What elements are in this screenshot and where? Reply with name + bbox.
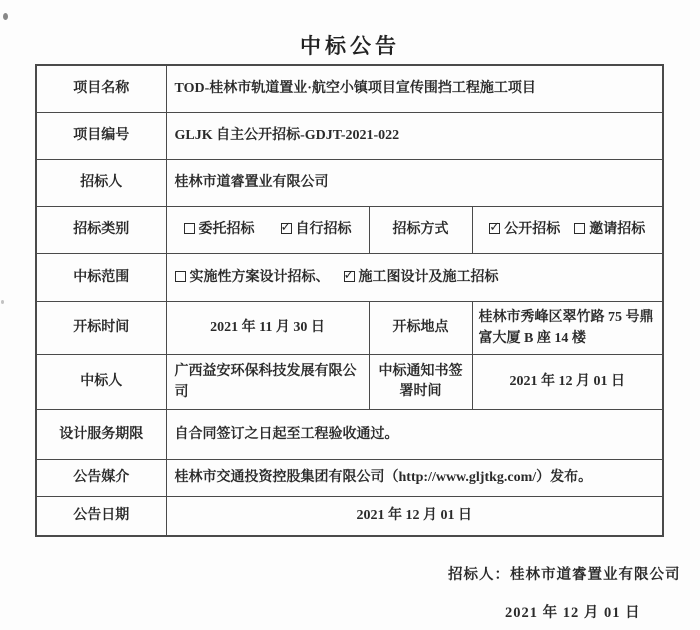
checkbox-checked-icon xyxy=(489,223,500,234)
row-project-name: 项目名称 TOD-桂林市轨道置业·航空小镇项目宣传围挡工程施工项目 xyxy=(36,65,663,112)
award-scope-options: 实施性方案设计招标、施工图设计及施工招标 xyxy=(166,253,663,301)
row-tenderer: 招标人 桂林市道睿置业有限公司 xyxy=(36,159,663,206)
tenderer-label: 招标人 xyxy=(36,159,166,206)
announcement-media-label: 公告媒介 xyxy=(36,459,166,496)
option-self-tender: 自行招标 xyxy=(281,222,352,237)
row-announcement-date: 公告日期 2021 年 12 月 01 日 xyxy=(36,496,663,536)
design-service-period-value: 自合同签订之日起至工程验收通过。 xyxy=(166,409,663,459)
tender-category-label: 招标类别 xyxy=(36,206,166,253)
row-design-service-period: 设计服务期限 自合同签订之日起至工程验收通过。 xyxy=(36,409,663,459)
checkbox-checked-icon xyxy=(344,271,355,282)
tenderer-value: 桂林市道睿置业有限公司 xyxy=(166,159,663,206)
option-invited-tender: 邀请招标 xyxy=(574,222,645,237)
scan-speck xyxy=(3,13,8,20)
award-announcement-table: 项目名称 TOD-桂林市轨道置业·航空小镇项目宣传围挡工程施工项目 项目编号 G… xyxy=(35,64,664,537)
checkbox-unchecked-icon xyxy=(175,271,186,282)
option-entrusted-tender: 委托招标 xyxy=(184,222,255,237)
checkbox-unchecked-icon xyxy=(574,223,585,234)
row-award-scope: 中标范围 实施性方案设计招标、施工图设计及施工招标 xyxy=(36,253,663,301)
tender-method-label: 招标方式 xyxy=(369,206,472,253)
project-name-label: 项目名称 xyxy=(36,65,166,112)
row-project-no: 项目编号 GLJK 自主公开招标-GDJT-2021-022 xyxy=(36,112,663,159)
row-tender-category: 招标类别 委托招标自行招标 招标方式 公开招标邀请招标 xyxy=(36,206,663,253)
bid-opening-place-label: 开标地点 xyxy=(369,301,472,354)
checkbox-unchecked-icon xyxy=(184,223,195,234)
award-notice-sign-time-value: 2021 年 12 月 01 日 xyxy=(472,354,663,409)
option-label: 自行招标 xyxy=(296,222,352,237)
scanned-document-page: 中标公告 项目名称 TOD-桂林市轨道置业·航空小镇项目宣传围挡工程施工项目 项… xyxy=(0,0,700,630)
bid-opening-time-value: 2021 年 11 月 30 日 xyxy=(166,301,369,354)
row-winner: 中标人 广西益安环保科技发展有限公司 中标通知书签署时间 2021 年 12 月… xyxy=(36,354,663,409)
announcement-date-value: 2021 年 12 月 01 日 xyxy=(166,496,663,536)
tender-method-options: 公开招标邀请招标 xyxy=(472,206,663,253)
checkbox-checked-icon xyxy=(281,223,292,234)
option-scheme-design-tender: 实施性方案设计招标、 xyxy=(175,270,330,285)
project-no-value: GLJK 自主公开招标-GDJT-2021-022 xyxy=(166,112,663,159)
option-label: 施工图设计及施工招标 xyxy=(359,270,499,285)
row-bid-opening: 开标时间 2021 年 11 月 30 日 开标地点 桂林市秀峰区翠竹路 75 … xyxy=(36,301,663,354)
bid-opening-time-label: 开标时间 xyxy=(36,301,166,354)
row-announcement-media: 公告媒介 桂林市交通投资控股集团有限公司（http://www.gljtkg.c… xyxy=(36,459,663,496)
announcement-media-value: 桂林市交通投资控股集团有限公司（http://www.gljtkg.com/）发… xyxy=(166,459,663,496)
winner-label: 中标人 xyxy=(36,354,166,409)
award-scope-label: 中标范围 xyxy=(36,253,166,301)
winner-value: 广西益安环保科技发展有限公司 xyxy=(166,354,369,409)
option-label: 公开招标 xyxy=(504,222,560,237)
option-label: 邀请招标 xyxy=(589,222,645,237)
scan-speck xyxy=(1,300,4,304)
option-construction-design-tender: 施工图设计及施工招标 xyxy=(344,270,499,285)
footer-tenderer-signature: 招标人：桂林市道睿置业有限公司 xyxy=(448,563,681,584)
page-title: 中标公告 xyxy=(0,30,700,60)
project-name-value: TOD-桂林市轨道置业·航空小镇项目宣传围挡工程施工项目 xyxy=(166,65,663,112)
bid-opening-place-value: 桂林市秀峰区翠竹路 75 号鼎富大厦 B 座 14 楼 xyxy=(472,301,663,354)
award-notice-sign-time-label: 中标通知书签署时间 xyxy=(369,354,472,409)
tender-category-options: 委托招标自行招标 xyxy=(166,206,369,253)
announcement-date-label: 公告日期 xyxy=(36,496,166,536)
option-label: 委托招标 xyxy=(199,222,255,237)
footer-signature-date: 2021 年 12 月 01 日 xyxy=(505,601,641,622)
design-service-period-label: 设计服务期限 xyxy=(36,409,166,459)
option-open-tender: 公开招标 xyxy=(489,222,560,237)
option-label: 实施性方案设计招标、 xyxy=(190,270,330,285)
project-no-label: 项目编号 xyxy=(36,112,166,159)
